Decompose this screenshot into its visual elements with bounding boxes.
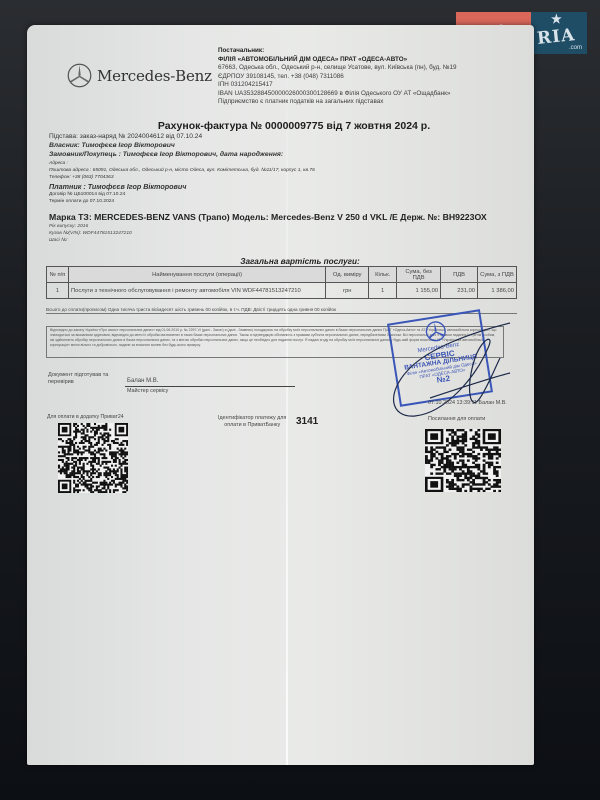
supplier-ipn: ІПН 031204215417 [218, 81, 518, 90]
contract: Договір № ЦБ100014 від 07.10.24 [49, 192, 125, 197]
address-label: Адреса : [49, 161, 68, 166]
payment-due: Термін оплати до 07.10.2024 [49, 199, 114, 204]
services-table: № п/п Найменування послуги (операції) Од… [46, 266, 517, 299]
three-pointed-star-icon [67, 63, 92, 88]
owner: Власник: Тимофєєв Ігор Вікторович [49, 142, 175, 149]
cell-qty: 1 [369, 283, 397, 299]
col-sum-vat: Сума, з ПДВ [478, 267, 517, 283]
services-section-title: Загальна вартість послуги: [0, 257, 600, 266]
payer: Платник : Тимофєєв Ігор Вікторович [49, 182, 186, 191]
supplier-name: ФІЛІЯ «АВТОМОБІЛЬНИЙ ДІМ ОДЕСА» ПРАТ «ОД… [218, 56, 518, 65]
vehicle-chassis: Шасі №: [49, 238, 68, 243]
basis: Підстава: заказ-наряд № 2024004612 від 0… [49, 133, 202, 140]
qr-code-payment-link[interactable] [425, 429, 501, 492]
payment-id-label-1: Ідентифікатор платежу для [218, 415, 286, 422]
col-name: Найменування послуги (операції) [68, 267, 325, 283]
payment-link-label: Посилання для оплати [428, 416, 485, 422]
table-header-row: № п/п Найменування послуги (операції) Од… [47, 267, 517, 283]
invoice-title-text: Рахунок-фактура № 0000009775 від 7 жовтн… [158, 120, 430, 132]
supplier-tax-note: Підприємство є платник податків на загал… [218, 98, 518, 107]
payment-id-label-2: оплати в ПриватБанку [218, 422, 286, 429]
watermark-com-text: .com [569, 45, 582, 51]
privat24-label: Для оплати в додатку Приват24 [47, 414, 124, 420]
supplier-address: 67663, Одеська обл., Одеський р-н, селищ… [218, 64, 518, 73]
prepared-label-text: Документ підготував та перевірив [48, 372, 108, 385]
vehicle-vin: Кузов №(VIN): WDF44781513247210 [49, 231, 132, 236]
col-unit: Од. виміру [326, 267, 369, 283]
invoice-title: Рахунок-фактура № 0000009775 від 7 жовтн… [0, 120, 600, 132]
supplier-heading: Постачальник: [218, 47, 518, 56]
vehicle-year: Рік випуску: 2016 [49, 224, 88, 229]
signer-name: Балан М.В. [127, 378, 158, 384]
col-sum-no-vat: Сума, без ПДВ [397, 267, 441, 283]
cell-sum-no-vat: 1 155,00 [397, 283, 441, 299]
total-in-words: Всього до сплати(прописом) Одна тисяча т… [46, 307, 517, 314]
signature-line [125, 386, 295, 387]
stamp-footer: 07.10.2024 13:39:11 Балан М.В. [428, 400, 507, 406]
signature-scribble [370, 318, 520, 428]
qr-code-icon [58, 423, 128, 493]
supplier-edrpou: ЄДРПОУ 39108145, тел. +38 (048) 7311086 [218, 73, 518, 82]
supplier-block: Постачальник: ФІЛІЯ «АВТОМОБІЛЬНИЙ ДІМ О… [218, 47, 518, 107]
cell-sum-vat: 1 386,00 [478, 283, 517, 299]
vehicle-line: Марка ТЗ: MERCEDES-BENZ VANS (Трапо) Мод… [49, 212, 487, 222]
cell-vat: 231,00 [441, 283, 478, 299]
col-vat: ПДВ [441, 267, 478, 283]
col-num: № п/п [47, 267, 69, 283]
postal-address: Поштова адреса : 65091, Одеська обл., Од… [49, 168, 315, 173]
cell-name: Послуги з технічного обслуговування і ре… [68, 283, 325, 299]
prepared-label: Документ підготував та перевірив [48, 372, 123, 386]
star-icon: ★ [551, 12, 562, 26]
mercedes-logo: Mercedes-Benz [67, 63, 212, 88]
cell-unit: грн [326, 283, 369, 299]
payment-id: 3141 [296, 416, 318, 427]
table-row: 1 Послуги з технічного обслуговування і … [47, 283, 517, 299]
qr-code-privat24[interactable] [58, 423, 128, 493]
col-qty: Кільк. [369, 267, 397, 283]
phone: Телефон: +38 (063) 7704363 [49, 175, 114, 180]
qr-code-icon [425, 429, 501, 492]
cell-num: 1 [47, 283, 69, 299]
customer: Замовник/Покупець : Тимофєєв Ігор Віктор… [49, 151, 283, 158]
supplier-iban: IBAN UA353288450000026000300128669 в Філ… [218, 90, 518, 99]
signer-role: Майстер сервісу [127, 388, 168, 394]
brand-name: Mercedes-Benz [97, 67, 212, 85]
watermark-ria: ★ RIA .com [531, 12, 587, 54]
payment-id-label: Ідентифікатор платежу для оплати в Прива… [218, 415, 286, 429]
